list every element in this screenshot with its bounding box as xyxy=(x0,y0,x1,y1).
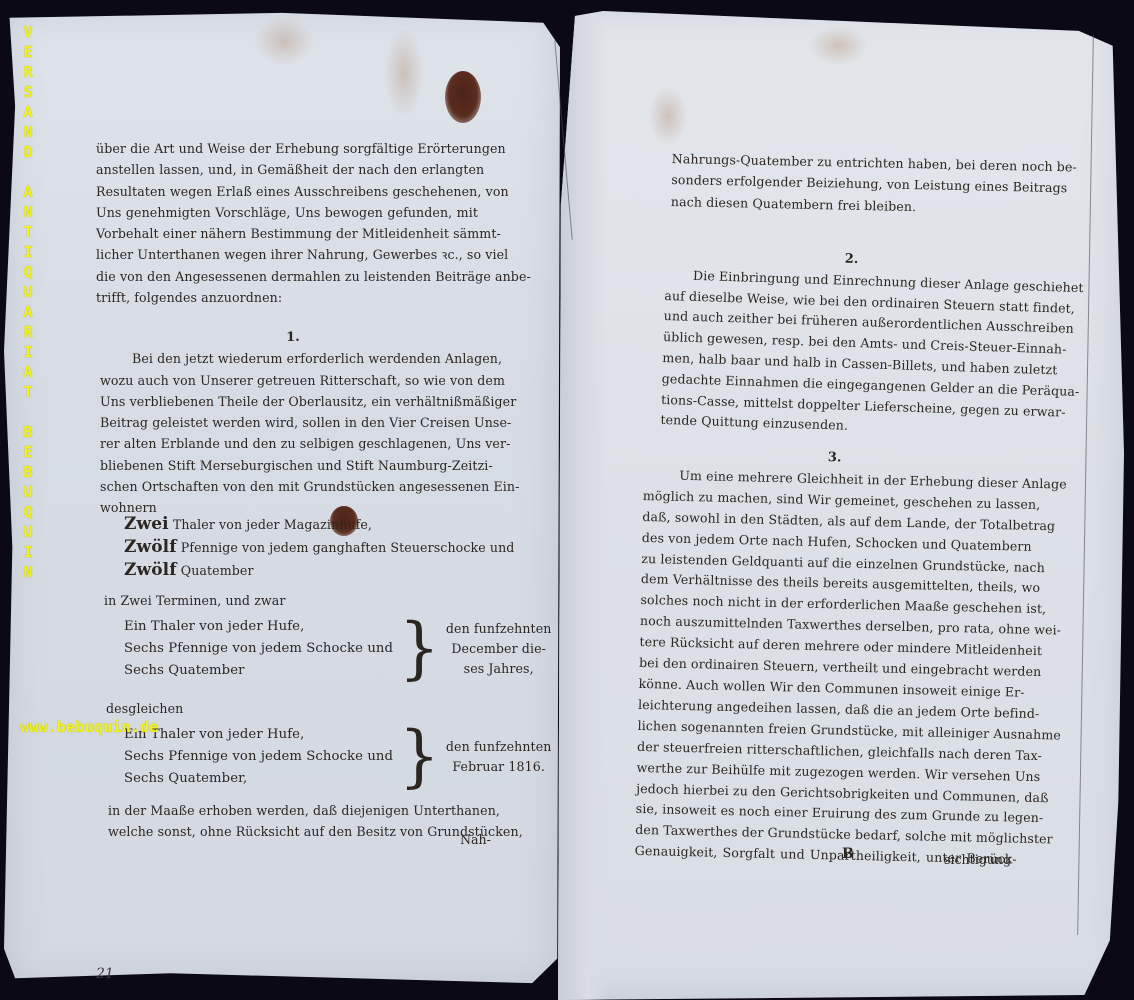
term-2-group: Ein Thaler von jeder Hufe, Sechs Pfennig… xyxy=(114,724,504,790)
term-item: Ein Thaler von jeder Hufe, xyxy=(124,724,393,746)
between-terms-text: desgleichen xyxy=(106,701,183,716)
closing-paragraph: in der Maaße erhoben werden, daß diejeni… xyxy=(108,800,496,843)
watermark-letter: B xyxy=(18,462,38,482)
text-line: bliebenen Stift Merseburgischen und Stif… xyxy=(100,455,486,476)
watermark-letter: A xyxy=(18,102,38,122)
signature-mark: B xyxy=(842,846,854,862)
watermark-vertical: VERSAND ANTIQUARIAT BEBUQUIN xyxy=(18,22,38,582)
water-stain xyxy=(648,86,688,146)
watermark-url: www.bebuquin.de xyxy=(20,718,158,736)
tax-rate-row: Zwölf Pfennige von jedem ganghaften Steu… xyxy=(104,536,504,559)
section-3: 3. Um eine mehrere Gleichheit in der Erh… xyxy=(635,444,1026,871)
between-terms: desgleichen xyxy=(106,698,306,719)
tax-description: Pfennige von jedem ganghaften Steuerscho… xyxy=(181,540,515,555)
handwritten-mark: 21 xyxy=(96,966,114,982)
text-line: licher Unterthanen wegen ihrer Nahrung, … xyxy=(96,244,478,265)
watermark-letter: A xyxy=(18,182,38,202)
watermark-letter: N xyxy=(18,122,38,142)
watermark-letter: A xyxy=(18,362,38,382)
watermark-letter: I xyxy=(18,242,38,262)
watermark-letter: T xyxy=(18,382,38,402)
text-line: anstellen lassen, und, in Gemäßheit der … xyxy=(96,159,478,180)
brace-group: Ein Thaler von jeder Hufe, Sechs Pfennig… xyxy=(124,724,504,790)
date-line: ses Jahres, xyxy=(446,659,552,679)
term-items: Ein Thaler von jeder Hufe, Sechs Pfennig… xyxy=(124,616,393,682)
watermark-letter: E xyxy=(18,442,38,462)
date-line: Februar 1816. xyxy=(446,757,552,777)
watermark-letter: Q xyxy=(18,502,38,522)
left-intro-paragraph: über die Art und Weise der Erhebung sorg… xyxy=(96,138,478,308)
text-line: Beitrag geleistet werden wird, sollen in… xyxy=(100,412,486,433)
text-line: Uns verbliebenen Theile der Oberlausitz,… xyxy=(100,391,486,412)
watermark-letter: I xyxy=(18,542,38,562)
text-line: Uns genehmigten Vorschläge, Uns bewogen … xyxy=(96,202,478,223)
term-item: Sechs Quatember xyxy=(124,660,393,682)
terms-intro: in Zwei Terminen, und zwar xyxy=(104,590,484,611)
watermark-letter: A xyxy=(18,302,38,322)
watermark-letter: U xyxy=(18,282,38,302)
text-line: Resultaten wegen Erlaß eines Ausschreibe… xyxy=(96,181,478,202)
tax-rates-list: Zwei Thaler von jeder Magazinhufe, Zwölf… xyxy=(104,513,504,582)
text-line: die von den Angesessenen dermahlen zu le… xyxy=(96,266,478,287)
tax-amount: Zwölf xyxy=(124,537,177,557)
scanned-document: über die Art und Weise der Erhebung sorg… xyxy=(0,0,1134,1000)
watermark-letter: Q xyxy=(18,262,38,282)
watermark-letter: V xyxy=(18,22,38,42)
watermark-letter: U xyxy=(18,522,38,542)
section-2: 2. Die Einbringung und Einrechnung diese… xyxy=(660,244,1038,443)
watermark-letter: N xyxy=(18,202,38,222)
term-date: den funfzehnten Februar 1816. xyxy=(446,737,552,777)
text-line: Bei den jetzt wiederum erforderlich werd… xyxy=(100,348,486,369)
text-line: welche sonst, ohne Rücksicht auf den Bes… xyxy=(108,821,496,842)
date-line: den funfzehnten xyxy=(446,619,552,639)
tax-description: Thaler von jeder Magazinhufe, xyxy=(173,517,372,532)
text-line: trifft, folgendes anzuordnen: xyxy=(96,287,478,308)
term-item: Sechs Quatember, xyxy=(124,768,393,790)
date-line: December die- xyxy=(446,639,552,659)
date-line: den funfzehnten xyxy=(446,737,552,757)
text-line: in der Maaße erhoben werden, daß diejeni… xyxy=(108,800,496,821)
tax-description: Quatember xyxy=(181,563,254,578)
water-stain xyxy=(808,26,868,66)
term-items: Ein Thaler von jeder Hufe, Sechs Pfennig… xyxy=(124,724,393,790)
catchword: Nah- xyxy=(460,832,491,847)
tax-rate-row: Zwei Thaler von jeder Magazinhufe, xyxy=(104,513,504,536)
curly-brace-icon: } xyxy=(399,723,440,790)
curly-brace-icon: } xyxy=(399,615,440,682)
section-number: 1. xyxy=(100,327,486,348)
watermark-letter: R xyxy=(18,322,38,342)
text-line: Vorbehalt einer nähern Bestimmung der Mi… xyxy=(96,223,478,244)
water-stain xyxy=(254,16,314,66)
watermark-letter xyxy=(18,402,38,422)
right-continuation: Nahrungs-Quatember zu entrichten haben, … xyxy=(671,148,1050,220)
watermark-letter xyxy=(18,162,38,182)
text-line: rer alten Erblande und den zu selbigen g… xyxy=(100,433,486,454)
tax-rate-row: Zwölf Quatember xyxy=(104,559,504,582)
water-stain xyxy=(384,28,424,118)
section-1: 1. Bei den jetzt wiederum erforderlich w… xyxy=(100,327,486,519)
tax-amount: Zwei xyxy=(124,514,169,534)
catchword: sichtigung xyxy=(944,852,1011,867)
term-date: den funfzehnten December die- ses Jahres… xyxy=(446,619,552,679)
watermark-letter: E xyxy=(18,42,38,62)
watermark-letter: T xyxy=(18,222,38,242)
ink-blot-stain xyxy=(445,71,481,123)
watermark-letter: I xyxy=(18,342,38,362)
term-item: Sechs Pfennige von jedem Schocke und xyxy=(124,746,393,768)
term-item: Sechs Pfennige von jedem Schocke und xyxy=(124,638,393,660)
watermark-letter: D xyxy=(18,142,38,162)
watermark-letter: B xyxy=(18,422,38,442)
watermark-letter: N xyxy=(18,562,38,582)
terms-intro-text: in Zwei Terminen, und zwar xyxy=(104,593,286,608)
watermark-letter: S xyxy=(18,82,38,102)
brace-group: Ein Thaler von jeder Hufe, Sechs Pfennig… xyxy=(124,616,504,682)
text-line: wozu auch von Unserer getreuen Rittersch… xyxy=(100,370,486,391)
watermark-letter: U xyxy=(18,482,38,502)
tax-amount: Zwölf xyxy=(124,560,177,580)
watermark-letter: R xyxy=(18,62,38,82)
text-line: über die Art und Weise der Erhebung sorg… xyxy=(96,138,478,159)
term-item: Ein Thaler von jeder Hufe, xyxy=(124,616,393,638)
term-1-group: Ein Thaler von jeder Hufe, Sechs Pfennig… xyxy=(114,616,504,682)
text-line: schen Ortschaften von den mit Grundstück… xyxy=(100,476,486,497)
